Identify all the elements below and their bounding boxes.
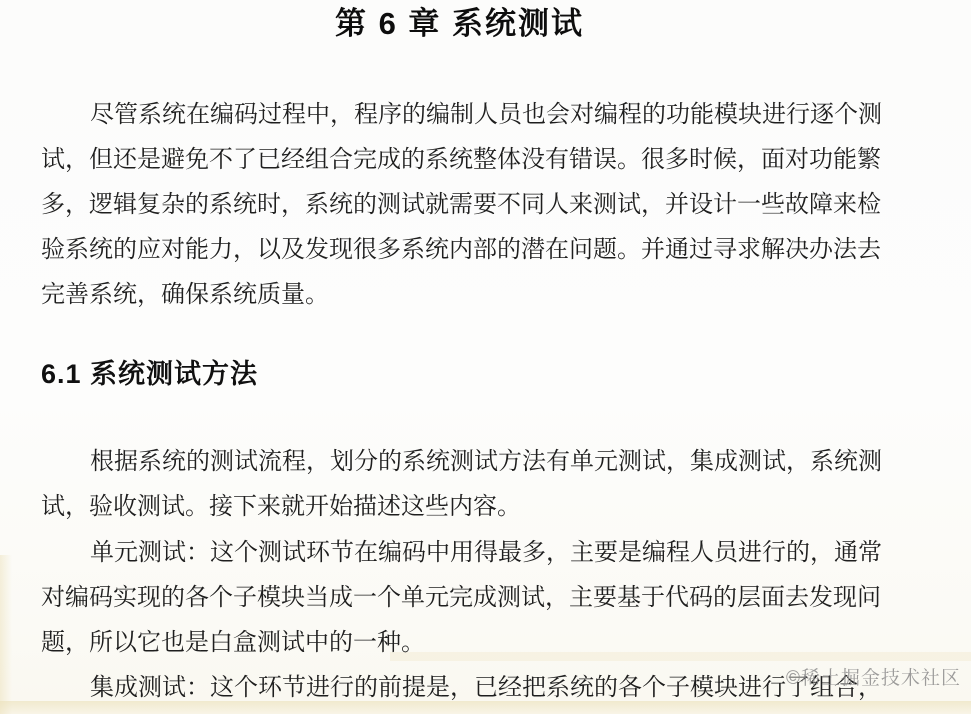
body-line: 试，验收测试。接下来就开始描述这些内容。 bbox=[41, 485, 878, 530]
body-line: 单元测试：这个测试环节在编码中用得最多，主要是编程人员进行的，通常 bbox=[41, 531, 878, 576]
body-line: 集成测试：这个环节进行的前提是，已经把系统的各个子模块进行了组合， bbox=[41, 666, 878, 711]
paragraph: 集成测试：这个环节进行的前提是，已经把系统的各个子模块进行了组合， bbox=[41, 666, 878, 711]
watermark: ©稀土掘金技术社区 bbox=[786, 668, 961, 690]
paragraph: 单元测试：这个测试环节在编码中用得最多，主要是编程人员进行的，通常 对编码实现的… bbox=[41, 531, 878, 666]
paragraph: 根据系统的测试流程，划分的系统测试方法有单元测试，集成测试，系统测 试，验收测试… bbox=[41, 440, 878, 530]
body-line: 完善系统，确保系统质量。 bbox=[41, 273, 878, 318]
chapter-title: 第 6 章 系统测试 bbox=[41, 2, 878, 46]
body-line: 验系统的应对能力，以及发现很多系统内部的潜在问题。并通过寻求解决办法去 bbox=[41, 228, 878, 273]
body-line: 试，但还是避免不了已经组合完成的系统整体没有错误。很多时候，面对功能繁 bbox=[41, 138, 878, 183]
body-line: 根据系统的测试流程，划分的系统测试方法有单元测试，集成测试，系统测 bbox=[41, 440, 878, 485]
document-page: 第 6 章 系统测试 尽管系统在编码过程中，程序的编制人员也会对编程的功能模块进… bbox=[0, 0, 971, 714]
section-heading: 6.1 系统测试方法 bbox=[41, 352, 878, 396]
paragraph: 尽管系统在编码过程中，程序的编制人员也会对编程的功能模块进行逐个测 试，但还是避… bbox=[41, 93, 878, 318]
body-line: 题，所以它也是白盒测试中的一种。 bbox=[41, 621, 878, 666]
body-line: 多，逻辑复杂的系统时，系统的测试就需要不同人来测试，并设计一些故障来检 bbox=[41, 183, 878, 228]
body-line: 对编码实现的各个子模块当成一个单元完成测试，主要基于代码的层面去发现问 bbox=[41, 576, 878, 621]
body-line: 尽管系统在编码过程中，程序的编制人员也会对编程的功能模块进行逐个测 bbox=[41, 93, 878, 138]
page-edge-tint bbox=[0, 555, 12, 714]
